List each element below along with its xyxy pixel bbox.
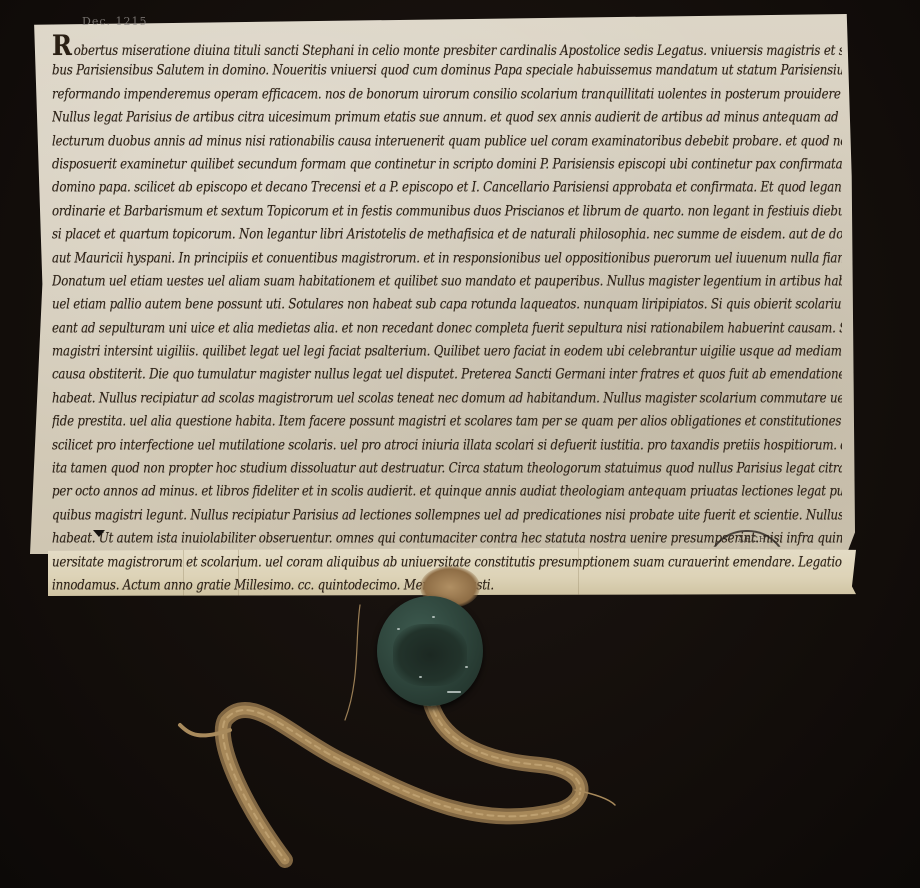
seal-impression — [393, 624, 467, 686]
seal-fleck — [447, 691, 461, 693]
seal-fleck — [465, 666, 468, 668]
seal-fleck — [397, 628, 400, 630]
seal-fleck — [432, 616, 435, 618]
green-wax-seal — [377, 596, 483, 706]
hemp-cord — [0, 0, 920, 888]
seal-fleck — [419, 676, 422, 678]
